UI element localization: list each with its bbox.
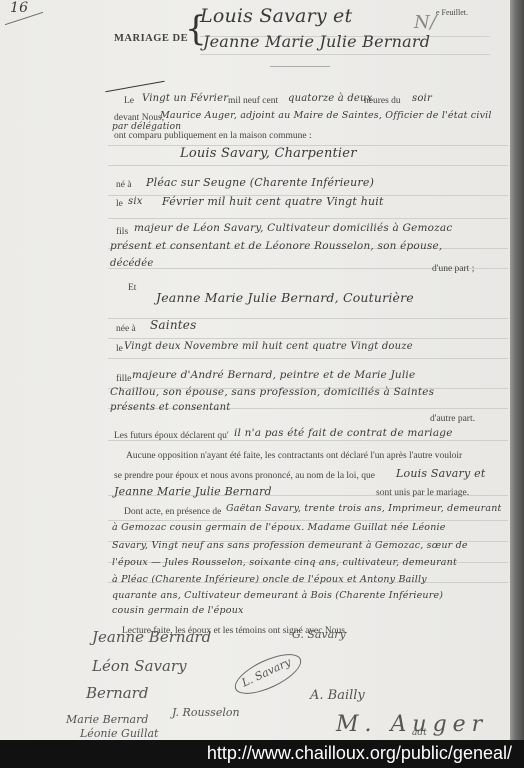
bride-parents-line2: Chaillou, son épouse, sans profession, d… — [110, 386, 434, 398]
witness-line: à Pléac (Charente Inférieure) oncle de l… — [112, 574, 427, 585]
groom-name-occupation: Louis Savary, Charpentier — [180, 146, 357, 161]
groom-born-day: six — [128, 196, 143, 207]
le-label: Le — [124, 96, 134, 106]
signature-witness-bailly: A. Bailly — [310, 688, 365, 703]
header-flourish — [270, 66, 330, 67]
contract-value: il n'a pas été fait de contrat de mariag… — [234, 427, 453, 439]
groom-born-date: Février mil huit cent quatre Vingt huit — [162, 195, 384, 208]
signature-bride: Jeanne Bernard — [92, 628, 211, 646]
rule-line — [108, 218, 508, 219]
bride-born-label: née à — [116, 324, 136, 334]
groom-born-place: Pléac sur Seugne (Charente Inférieure) — [146, 176, 374, 189]
feuillet-label: e Feuillet. — [436, 8, 468, 17]
witness-line: l'époux — Jules Rousselon, soixante cinq… — [112, 557, 457, 568]
bride-parents-line1: majeure d'André Bernard, peintre et de M… — [132, 369, 415, 381]
groom-part-label: d'une part ; — [432, 264, 474, 274]
bride-et-label: Et — [128, 283, 136, 293]
source-url-link[interactable]: http://www.chailloux.org/public/geneal/ — [207, 740, 512, 766]
signature-witness-gsavary: G. Savary — [292, 628, 346, 641]
bride-daughter-label: fille — [116, 374, 131, 384]
rule-line — [108, 520, 508, 521]
union-text-line2: se prendre pour époux et nous avons pron… — [114, 471, 375, 481]
witnesses-label: Dont acte, en présence de — [124, 507, 221, 517]
rule-line — [108, 338, 508, 339]
page-number: 16 — [10, 0, 28, 16]
groom-parents-line3: décédée — [110, 258, 153, 269]
bride-header-name: Jeanne Marie Julie Bernard — [203, 32, 430, 51]
witness-line: Gaëtan Savary, trente trois ans, Imprime… — [226, 503, 502, 514]
year-label: mil neuf cent — [228, 96, 278, 106]
rule-line — [200, 54, 490, 55]
page-edge-shadow — [510, 0, 524, 740]
feuillet-number: N/ — [414, 12, 436, 33]
groom-son-label: fils — [116, 227, 128, 237]
union-text-line3: sont unis par le mariage. — [376, 488, 469, 498]
marriage-title: MARIAGE DE — [114, 33, 188, 44]
groom-date-label: le — [116, 199, 123, 209]
rule-line — [108, 165, 508, 166]
groom-parents-line1: majeur de Léon Savary, Cultivateur domic… — [134, 222, 452, 234]
marriage-day-month: Vingt un Février — [142, 93, 228, 104]
officer-line: Maurice Auger, adjoint au Maire de Saint… — [160, 110, 492, 121]
bride-parents-line3: présents et consentant — [110, 402, 230, 413]
union-text-line1: Aucune opposition n'ayant été faite, les… — [126, 451, 462, 461]
bride-name-occupation: Jeanne Marie Julie Bernard, Couturière — [156, 290, 414, 305]
signature-officer-title: adt — [412, 728, 427, 738]
appearance-text: ont comparu publiquement en la maison co… — [114, 131, 312, 141]
rule-line — [108, 358, 508, 359]
signature-witness-guillat: Léonie Guillat — [80, 727, 158, 740]
year-value: quatorze à deux — [288, 93, 373, 104]
union-groom-name: Louis Savary et — [396, 467, 485, 480]
contract-label: Les futurs époux déclarent qu' — [114, 431, 229, 441]
bride-born-place: Saintes — [150, 318, 196, 332]
bride-born-date: Vingt deux Novembre mil huit cent quatre… — [124, 341, 413, 352]
signature-witness-rousselon: J. Rousselon — [172, 706, 240, 719]
witness-line: cousin germain de l'époux — [112, 605, 244, 616]
union-bride-name: Jeanne Marie Julie Bernard — [114, 485, 272, 498]
bride-part-label: d'autre part. — [430, 414, 475, 424]
witness-line: quarante ans, Cultivateur demeurant à Bo… — [112, 590, 443, 601]
groom-header-name: Louis Savary et — [200, 5, 352, 27]
witness-line: Savary, Vingt neuf ans sans profession d… — [112, 540, 468, 551]
signature-bride-father: Bernard — [86, 684, 148, 702]
groom-parents-line2: présent et consentant et de Léonore Rous… — [110, 240, 442, 252]
bride-date-label: le — [116, 344, 123, 354]
hour-value: soir — [412, 93, 432, 104]
witness-line: à Gemozac cousin germain de l'époux. Mad… — [112, 522, 446, 533]
signature-bride-mother: Marie Bernard — [66, 713, 148, 726]
groom-born-label: né à — [116, 180, 132, 190]
signature-father-groom: Léon Savary — [92, 657, 187, 675]
hour-label: heures du — [364, 96, 401, 106]
